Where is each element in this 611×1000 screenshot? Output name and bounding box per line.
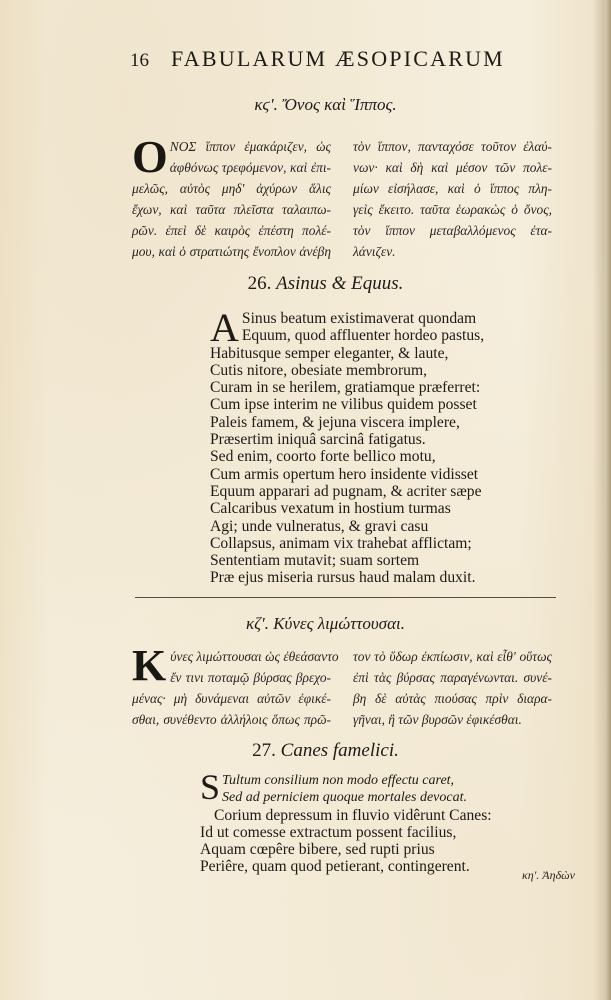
verse-line: Sed ad perniciem quoque mortales devocat… xyxy=(200,789,492,806)
greek-line: σθαι, συνέθεντο ἀλλήλοις ὅπως πρῶ- xyxy=(132,709,331,730)
verse-line: Agi; unde vulneratus, & gravi casu xyxy=(210,518,482,535)
verse-line: Periêre, quam quod petierant, contingere… xyxy=(200,858,492,875)
verse-line: Equum, quod affluenter hordeo pastus, xyxy=(210,327,482,344)
verse-line: Collapsus, animam vix trahebat afflictam… xyxy=(210,535,482,552)
greek-line: τον τὸ ὕδωρ ἐκπίωσιν, καὶ εἶθ' οὕτως xyxy=(353,646,552,667)
greek-line: ἔχων, καὶ ταῦτα πλεῖστα ταλαιπω- xyxy=(132,199,331,220)
drop-cap: S xyxy=(200,772,220,802)
greek-line: μου, καὶ ὁ στρατιώτης ἔνοπλον ἀνέβη xyxy=(132,241,331,262)
fable-26-greek-text: O Ν⁠ΟΣ ἵππον ἐμακάριζεν, ὡς ἀφθόνως τρεφ… xyxy=(132,136,552,262)
fable-27-latin-verse: S Tultum consilium non modo effectu care… xyxy=(200,772,492,876)
verse-line: Sententiam mutavit; suam sortem xyxy=(210,552,482,569)
verse-line: Cum armis opertum hero insidente vidisse… xyxy=(210,466,482,483)
fable-27-greek-title: κζ'. Κύνες λιμώττουσαι. xyxy=(0,614,611,634)
greek-line: γῆναι, ἢ τῶν βυρσῶν ἐφικέσθαι. xyxy=(353,709,552,730)
verse-line: Tultum consilium non modo effectu caret, xyxy=(200,772,492,789)
greek-line: λάνιζεν. xyxy=(353,241,552,262)
greek-line: τὸν ἵππον, πανταχόσε τοῦτον ἐλαύ- xyxy=(353,136,552,157)
fable-26-greek-title: κϛ'. Ὄνος καὶ Ἵππος. xyxy=(0,95,611,115)
greek-line: μίων εἰσήλασε, καὶ ὁ ἵππος πλη- xyxy=(353,178,552,199)
fable-27-greek-text: K ύνες λιμώττουσαι ὡς ἐθεάσαντο ἔν τινι … xyxy=(132,646,552,730)
verse-line: Præsertim iniquâ sarcinâ fatigatus. xyxy=(210,431,482,448)
verse-line: Aquam cœpêre bibere, sed rupti prius xyxy=(200,841,492,858)
greek-line: ἐπὶ τὰς βύρσας παραγένωνται. συνέ- xyxy=(353,667,552,688)
greek-left-column: K ύνες λιμώττουσαι ὡς ἐθεάσαντο ἔν τινι … xyxy=(132,646,331,730)
greek-line: τὸν ἵππον μεταβαλλόμενος ἐτα- xyxy=(353,220,552,241)
greek-right-column: τον τὸ ὕδωρ ἐκπίωσιν, καὶ εἶθ' οὕτως ἐπὶ… xyxy=(353,646,552,730)
fable-number: 26. xyxy=(248,273,272,294)
verse-line: Calcaribus vexatum in hostium turmas xyxy=(210,500,482,517)
verse-line: Id ut comesse extractum possent facilius… xyxy=(200,824,492,841)
fable-26-latin-verse: A Sinus beatum existimaverat quondam Equ… xyxy=(210,310,482,587)
fable-27-latin-title: 27. Canes famelici. xyxy=(0,740,611,762)
fable-26-latin-title: 26. Asinus & Equus. xyxy=(0,273,611,295)
catchword: κη'. Ἀηδὼν xyxy=(522,868,575,883)
verse-line: Sed enim, coorto forte bellico motu, xyxy=(210,448,482,465)
verse-line: Cutis nitore, obesiate membrorum, xyxy=(210,362,482,379)
page-number: 16 xyxy=(130,50,149,72)
drop-cap: A xyxy=(210,312,239,344)
page-edge xyxy=(605,0,611,1000)
drop-cap: O xyxy=(132,138,168,176)
verse-line: Paleis famem, & jejuna viscera implere, xyxy=(210,414,482,431)
greek-line: ρῶν. ἐπεὶ δὲ καιρὸς ἐπέστη πολέ- xyxy=(132,220,331,241)
greek-line: μένας· μὴ δυνάμεναι αὐτῶν ἐφικέ- xyxy=(132,688,331,709)
fable-name: Canes famelici. xyxy=(281,740,399,761)
verse-line: Curam in se herilem, gratiamque præferre… xyxy=(210,379,482,396)
greek-line: βη δὲ αὐτὰς πιούσας πρὶν διαρα- xyxy=(353,688,552,709)
verse-line: Præ ejus miseria rursus haud malam duxit… xyxy=(210,569,482,586)
verse-line: Cum ipse interim ne vilibus quidem posse… xyxy=(210,396,482,413)
fable-number: 27. xyxy=(252,740,276,761)
verse-line: Sinus beatum existimaverat quondam xyxy=(210,310,482,327)
fable-name: Asinus & Equus. xyxy=(276,273,403,294)
running-head-title: FABULARUM ÆSOPICARUM xyxy=(171,46,505,72)
verse-line: Equum apparari ad pugnam, & acriter sæpe xyxy=(210,483,482,500)
greek-line: γεὶς ἔκειτο. ταῦτα ἑωρακὼς ὁ ὄνος, xyxy=(353,199,552,220)
section-divider xyxy=(135,597,556,598)
greek-line: μελῶς, αὐτὸς μηδ' ἀχύρων ἅλις xyxy=(132,178,331,199)
greek-line: νων· καὶ δὴ καὶ μέσον τῶν πολε- xyxy=(353,157,552,178)
greek-right-column: τὸν ἵππον, πανταχόσε τοῦτον ἐλαύ- νων· κ… xyxy=(353,136,552,262)
verse-line: Corium depressum in fluvio vidêrunt Cane… xyxy=(200,807,492,824)
drop-cap: K xyxy=(132,648,166,684)
greek-left-column: O Ν⁠ΟΣ ἵππον ἐμακάριζεν, ὡς ἀφθόνως τρεφ… xyxy=(132,136,331,262)
running-head: 16 FABULARUM ÆSOPICARUM xyxy=(130,46,550,72)
verse-line: Habitusque semper eleganter, & laute, xyxy=(210,345,482,362)
